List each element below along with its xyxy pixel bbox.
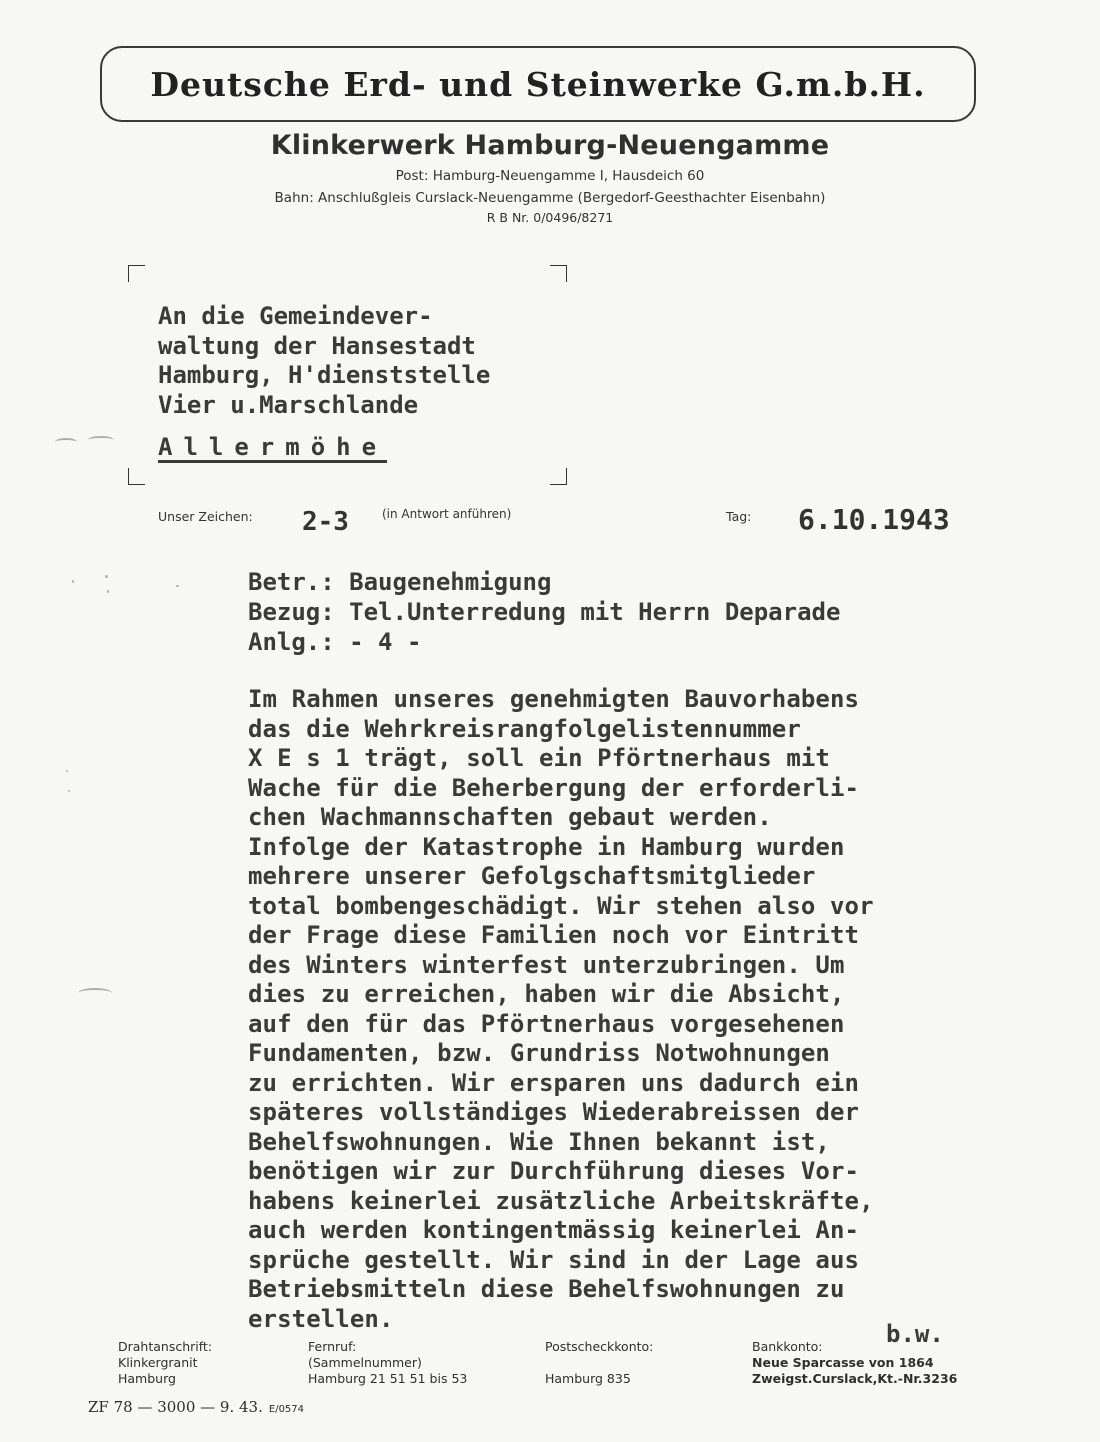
our-sign-label: Unser Zeichen: <box>158 509 253 524</box>
plant-name: Klinkerwerk Hamburg-Neuengamme <box>0 130 1100 161</box>
footer-telegram-label: Drahtanschrift: <box>118 1339 212 1355</box>
scan-smudge <box>88 436 114 444</box>
company-name: Deutsche Erd- und Steinwerke G.m.b.H. <box>150 65 925 104</box>
footer-telegram-line1: Klinkergranit <box>118 1355 212 1371</box>
footer-bank-label: Bankkonto: <box>752 1339 957 1355</box>
footer-postal-check-label: Postscheckkonto: <box>545 1339 653 1355</box>
footer-postal-check-line2: Hamburg 835 <box>545 1371 653 1387</box>
our-sign-value: 2-3 <box>302 507 349 537</box>
footer-bank-line2: Zweigst.Curslack,Kt.-Nr.3236 <box>752 1371 957 1387</box>
date-label: Tag: <box>726 509 751 524</box>
footer-bank-line1: Neue Sparcasse von 1864 <box>752 1355 957 1371</box>
reply-hint: (in Antwort anführen) <box>382 507 511 521</box>
address-window-corner-top-right <box>550 265 567 282</box>
footer-postal-check: Postscheckkonto: Hamburg 835 <box>545 1339 653 1387</box>
rb-number: R B Nr. 0/0496/8271 <box>0 210 1100 225</box>
footer-phone-label: Fernruf: <box>308 1339 467 1355</box>
address-window-corner-bottom-left <box>128 468 145 485</box>
scan-speck <box>68 790 70 792</box>
footer-bank: Bankkonto: Neue Sparcasse von 1864 Zweig… <box>752 1339 957 1387</box>
scan-speck <box>176 585 179 587</box>
rail-address: Bahn: Anschlußgleis Curslack-Neuengamme … <box>0 190 1100 206</box>
footer-telegram-line2: Hamburg <box>118 1371 212 1387</box>
footer-phone: Fernruf: (Sammelnummer) Hamburg 21 51 51… <box>308 1339 467 1387</box>
print-code-small: E/0574 <box>269 1404 304 1415</box>
address-window-corner-bottom-right <box>550 468 567 485</box>
footer-telegram: Drahtanschrift: Klinkergranit Hamburg <box>118 1339 212 1387</box>
letter-body: Im Rahmen unseres genehmigten Bauvorhabe… <box>248 685 874 1334</box>
scan-speck <box>72 580 74 583</box>
letter-page: Deutsche Erd- und Steinwerke G.m.b.H. Kl… <box>0 0 1100 1442</box>
scan-speck <box>107 590 109 593</box>
footer-postal-check-line1 <box>545 1355 653 1371</box>
date-value: 6.10.1943 <box>798 503 950 536</box>
scan-smudge <box>78 988 112 998</box>
recipient-town: Allermöhe <box>158 433 387 461</box>
scan-smudge <box>55 438 77 446</box>
subject-block: Betr.: Baugenehmigung Bezug: Tel.Unterre… <box>248 567 840 657</box>
footer-phone-line2: Hamburg 21 51 51 bis 53 <box>308 1371 467 1387</box>
footer-phone-line1: (Sammelnummer) <box>308 1355 467 1371</box>
print-code: ZF 78 — 3000 — 9. 43.E/0574 <box>88 1398 304 1416</box>
postal-address: Post: Hamburg-Neuengamme I, Hausdeich 60 <box>0 168 1100 184</box>
company-banner: Deutsche Erd- und Steinwerke G.m.b.H. <box>100 46 976 122</box>
address-window-corner-top-left <box>128 265 145 282</box>
print-code-main: ZF 78 — 3000 — 9. 43. <box>88 1398 263 1416</box>
recipient-address: An die Gemeindever- waltung der Hansesta… <box>158 302 490 420</box>
scan-speck <box>105 575 108 578</box>
scan-speck <box>66 770 68 772</box>
